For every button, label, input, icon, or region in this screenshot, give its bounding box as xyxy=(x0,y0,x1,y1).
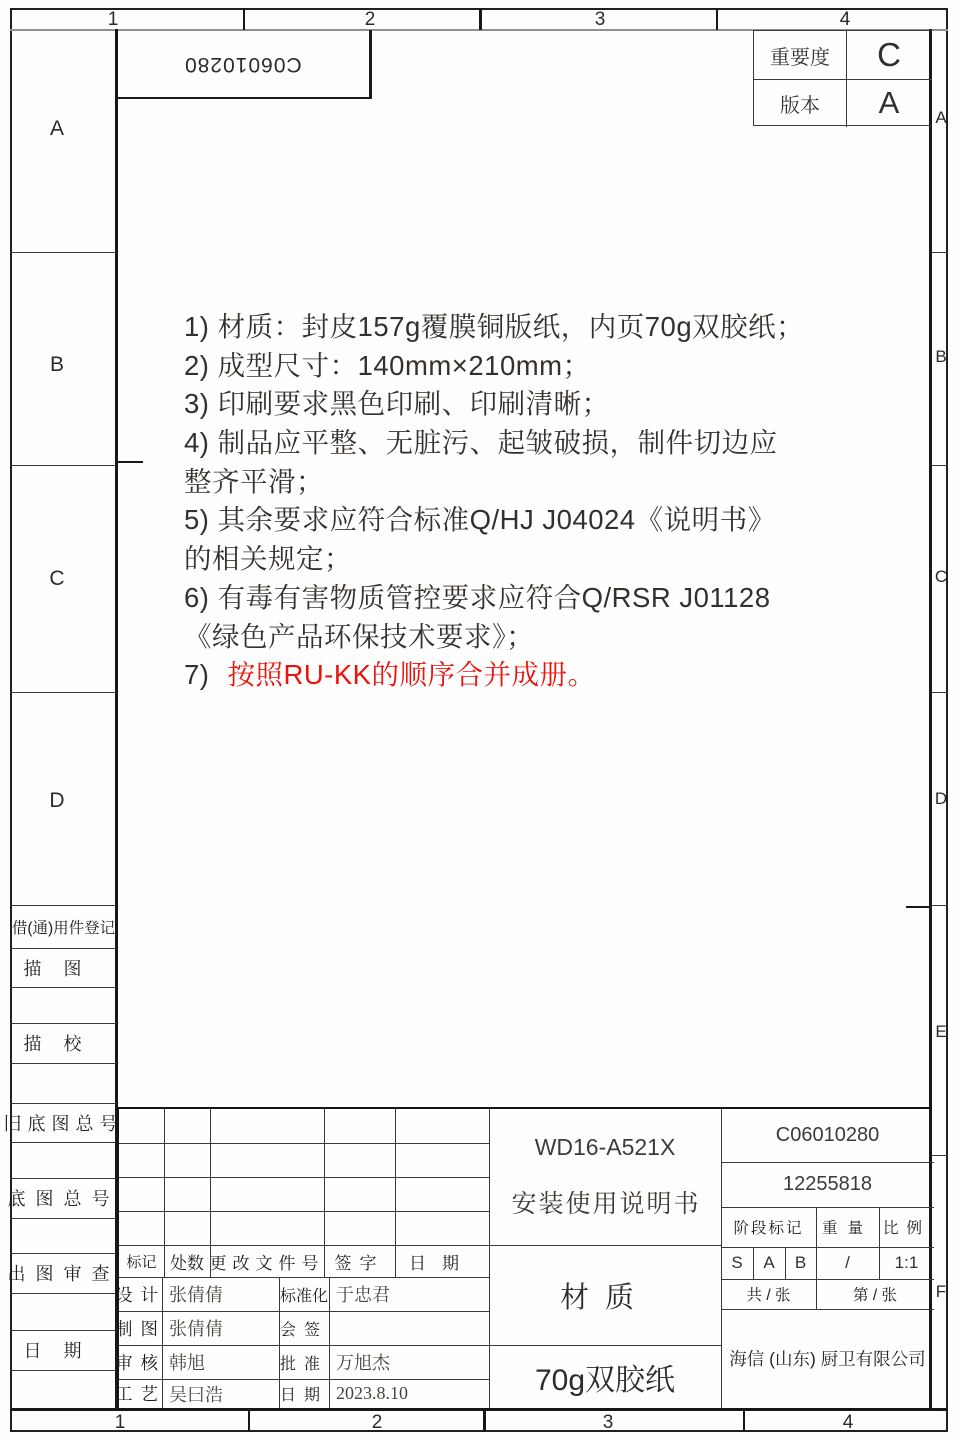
strip-label-old-master-no: 旧底图总号 xyxy=(11,1103,116,1142)
sign-label-drawn: 制图 xyxy=(119,1311,162,1345)
sign-label-checked: 审核 xyxy=(119,1345,162,1379)
right-strip-divider xyxy=(932,465,948,466)
grid-col-number: 4 xyxy=(828,1412,868,1434)
left-strip-divider xyxy=(10,252,116,253)
notes-line: 《绿色产品环保技术要求》； xyxy=(184,618,804,657)
grid-col-number: 1 xyxy=(100,1412,140,1434)
grid-row-letter: E xyxy=(926,1022,956,1042)
grid-col-number: 4 xyxy=(825,9,865,31)
strip-label-tracing: 描图 xyxy=(11,948,116,987)
product-model: WD16-A521X xyxy=(535,1134,676,1161)
sign-label-countersign: 会签 xyxy=(279,1311,329,1345)
rev-header-count: 处数 xyxy=(164,1245,210,1277)
ruler-tick xyxy=(483,1410,486,1432)
document-title: 安装使用说明书 xyxy=(511,1184,700,1220)
tb-line xyxy=(119,1177,489,1178)
ruler-tick xyxy=(479,8,482,30)
sign-value-date: 2023.8.10 xyxy=(329,1379,489,1408)
notes-line: 3) 印刷要求黑色印刷、印刷清晰； xyxy=(184,385,804,424)
doc-code-box: C06010280 xyxy=(117,30,372,99)
version-label: 版本 xyxy=(754,79,846,127)
doc-code-rotated: C06010280 xyxy=(184,52,302,76)
scale-header: 比例 xyxy=(879,1207,934,1247)
strip-line xyxy=(10,1142,116,1143)
rev-header-doc-no: 更改文件号 xyxy=(210,1245,324,1277)
sign-value-checked: 韩旭 xyxy=(162,1345,279,1379)
product-title-cell: WD16-A521X 安装使用说明书 xyxy=(489,1109,721,1245)
rev-header-mark: 标记 xyxy=(119,1245,164,1277)
sign-value-countersign xyxy=(329,1311,489,1345)
ruler-tick xyxy=(248,1410,250,1432)
strip-line xyxy=(10,1370,116,1371)
sign-value-standardization: 于忠君 xyxy=(329,1277,489,1311)
tb-line xyxy=(119,1143,489,1144)
strip-label-trace-check: 描校 xyxy=(11,1023,116,1063)
notes-line: 整齐平滑； xyxy=(184,463,804,502)
material-value-cell: 70g双胶纸 xyxy=(489,1345,721,1408)
sheet-number-cell: 第 / 张 xyxy=(816,1279,934,1309)
ruler-tick xyxy=(716,8,718,30)
grid-col-number: 2 xyxy=(357,1412,397,1434)
notes-line: 5) 其余要求应符合标准Q/HJ J04024《说明书》 xyxy=(184,501,804,540)
sign-value-drawn: 张倩倩 xyxy=(162,1311,279,1345)
grid-col-number: 3 xyxy=(588,1412,628,1434)
notes-line: 2) 成型尺寸：140mm×210mm； xyxy=(184,347,804,386)
company-cell: 海信 (山东) 厨卫有限公司 xyxy=(721,1309,934,1408)
right-strip-divider xyxy=(932,692,948,693)
version-value: A xyxy=(846,79,932,127)
ruler-tick xyxy=(743,1410,745,1432)
weight-value-cell: / xyxy=(816,1247,879,1279)
sign-label-approved: 批准 xyxy=(279,1345,329,1379)
grid-row-letter: D xyxy=(42,789,72,813)
sign-label-design: 设计 xyxy=(119,1277,162,1311)
strip-label-date: 日期 xyxy=(11,1330,116,1370)
left-strip-divider xyxy=(10,465,116,466)
weight-header: 重量 xyxy=(816,1207,879,1247)
left-strip-divider xyxy=(10,692,116,693)
right-strip-divider xyxy=(932,905,948,906)
sign-value-approved: 万旭杰 xyxy=(329,1345,489,1379)
technical-notes: 1) 材质：封皮157g覆膜铜版纸，内页70g双胶纸； 2) 成型尺寸：140m… xyxy=(184,308,804,695)
sign-value-design: 张倩倩 xyxy=(162,1277,279,1311)
strip-line xyxy=(10,1293,116,1294)
grid-row-letter: D xyxy=(926,789,956,809)
notes-line: 的相关规定； xyxy=(184,540,804,579)
drawing-code-cell: C06010280 xyxy=(721,1109,934,1162)
note-7-red-text: 按照RU-KK的顺序合并成册。 xyxy=(227,659,595,690)
importance-value: C xyxy=(846,31,932,79)
notes-line: 4) 制品应平整、无脏污、起皱破损，制件切边应 xyxy=(184,424,804,463)
total-sheets-cell: 共 / 张 xyxy=(721,1279,816,1309)
sign-value-process: 吴曰浩 xyxy=(162,1379,279,1408)
grid-row-letter: C xyxy=(42,567,72,591)
title-block: 标记 处数 更改文件号 签字 日期 设计 张倩倩 标准化 于忠君 制图 张倩倩 … xyxy=(117,1107,932,1410)
stage-b-cell: B xyxy=(785,1247,816,1279)
importance-label: 重要度 xyxy=(754,31,846,79)
right-strip-divider xyxy=(932,252,948,253)
stage-mark-header: 阶段标记 xyxy=(721,1207,816,1247)
material-label-cell: 材质 xyxy=(489,1245,721,1345)
grid-col-number: 2 xyxy=(350,9,390,31)
ruler-tick xyxy=(243,8,245,30)
strip-label-master-no: 底图总号 xyxy=(11,1178,116,1218)
stage-s-cell: S xyxy=(721,1247,753,1279)
strip-line xyxy=(10,1218,116,1219)
scale-value-cell: 1:1 xyxy=(879,1247,934,1279)
strip-line xyxy=(10,1063,116,1064)
strip-line xyxy=(10,987,116,988)
centering-mark xyxy=(906,906,932,908)
rev-header-signature: 签字 xyxy=(324,1245,395,1277)
strip-label-borrowed-parts: 借(通)用件登记 xyxy=(11,905,116,948)
notes-line: 1) 材质：封皮157g覆膜铜版纸，内页70g双胶纸； xyxy=(184,308,804,347)
importance-table: 重要度 C 版本 A xyxy=(753,30,931,126)
right-strip-divider xyxy=(932,1155,948,1156)
strip-label-issue-review: 出图审查 xyxy=(11,1253,116,1293)
sign-label-process: 工艺 xyxy=(119,1379,162,1408)
part-number-cell: 12255818 xyxy=(721,1162,934,1207)
note-7-number: 7) xyxy=(184,659,209,690)
grid-row-letter: A xyxy=(42,117,72,141)
grid-col-number: 1 xyxy=(93,9,133,31)
engineering-drawing-sheet: 1 2 3 4 1 2 3 4 A B C D A B C D E F C060… xyxy=(0,0,960,1440)
grid-row-letter: C xyxy=(926,567,956,587)
grid-col-number: 3 xyxy=(580,9,620,31)
stage-a-cell: A xyxy=(753,1247,785,1279)
sign-label-date: 日期 xyxy=(279,1379,329,1408)
centering-mark xyxy=(117,461,143,463)
tb-line xyxy=(119,1211,489,1212)
grid-row-letter: B xyxy=(42,353,72,377)
notes-line: 6) 有毒有害物质管控要求应符合Q/RSR J01128 xyxy=(184,579,804,618)
sign-label-standardization: 标准化 xyxy=(279,1277,329,1311)
grid-row-letter: B xyxy=(926,347,956,367)
rev-header-date: 日期 xyxy=(395,1245,489,1277)
notes-line-red: 7)按照RU-KK的顺序合并成册。 xyxy=(184,656,804,695)
